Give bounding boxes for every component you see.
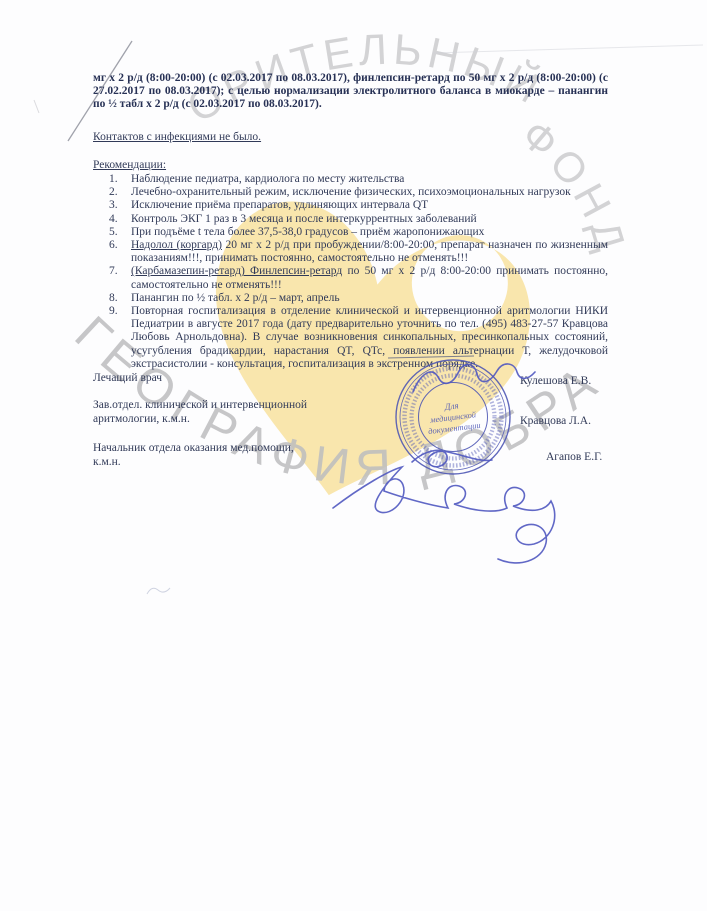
intro-paragraph: мг х 2 р/д (8:00-20:00) (с 02.03.2017 по… [93,72,608,112]
list-item-text: Контроль ЭКГ 1 раз в 3 месяца и после ин… [131,213,477,225]
list-item: 2.Лечебно-охранительный режим, исключени… [93,186,608,199]
signature-role-head-of-care: Начальник отдела оказания мед.помощи, к.… [93,442,294,469]
list-item: 7.(Карбамазепин-ретард) Финлепсин-ретард… [93,265,608,291]
stamp-center-line1: Для [443,400,459,412]
signature-stroke-middle [412,450,492,466]
list-item: 8.Панангин по ½ табл. х 2 р/д – март, ап… [93,292,608,305]
signature-role-attending: Лечащий врач [93,372,162,386]
signature-stroke-flourish [333,467,555,563]
list-item-text: Исключение приёма препаратов, удлиняющих… [131,199,428,211]
document-body: мг х 2 р/д (8:00-20:00) (с 02.03.2017 по… [93,72,608,371]
stamp: Для медицинской документации [396,360,510,474]
list-item: 4.Контроль ЭКГ 1 раз в 3 месяца и после … [93,213,608,226]
list-item-number: 4. [93,213,131,226]
list-item-number: 8. [93,292,131,305]
list-item-text: При подъёме t тела более 37,5-38,0 граду… [131,226,484,238]
recommendations-list: 1.Наблюдение педиатра, кардиолога по мес… [93,173,608,371]
list-item: 5.При подъёме t тела более 37,5-38,0 гра… [93,226,608,239]
list-item-number: 2. [93,186,131,199]
list-item-number: 9. [93,305,131,371]
list-item-text: Наблюдение педиатра, кардиолога по месту… [131,173,404,185]
contacts-line: Контактов с инфекциями не было. [93,131,608,144]
stamp-center-line3: документации [428,420,482,436]
recommendations-heading: Рекомендации: [93,159,608,172]
signature-role-head-of-department: Зав.отдел. клинической и интервенционной… [93,399,307,426]
list-item-text: Лечебно-охранительный режим, исключение … [131,186,571,198]
list-item: 6.Надолол (коргард) 20 мг х 2 р/д при пр… [93,239,608,265]
list-item-text: Панангин по ½ табл. х 2 р/д – март, апре… [131,292,340,304]
list-item: 9.Повторная госпитализация в отделение к… [93,305,608,371]
list-item-number: 6. [93,239,131,265]
signature-name-kuleshova: Кулешова Е.В. [520,375,591,389]
scanned-medical-document-page: ОРИТЕЛЬНЫЙ ФОНД ГЕОГРАФИЯ ДОБРА мг х 2 р… [0,0,707,911]
ink-signatures [333,364,555,563]
list-item: 1.Наблюдение педиатра, кардиолога по мес… [93,173,608,186]
list-item-number: 3. [93,199,131,212]
list-item: 3.Исключение приёма препаратов, удлиняющ… [93,199,608,212]
list-item-text: Повторная госпитализация в отделение кли… [131,305,608,370]
stamp-center-line2: медицинской [428,409,477,425]
list-item-number: 5. [93,226,131,239]
signature-name-agapov: Агапов Е.Г. [546,451,602,465]
signature-name-kravtsova: Кравцова Л.А. [520,415,591,429]
list-item-number: 1. [93,173,131,186]
list-item-number: 7. [93,265,131,291]
